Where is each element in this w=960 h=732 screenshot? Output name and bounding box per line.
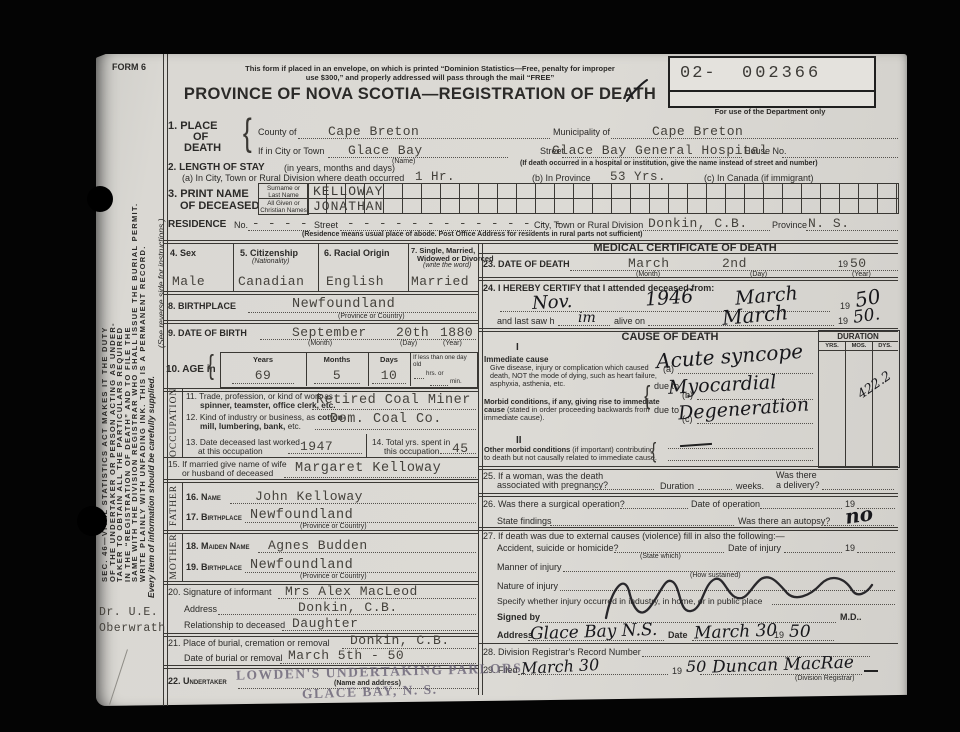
f27-label: 27. If death was due to external causes … <box>483 531 785 541</box>
f2c-label: (c) In Canada (if immigrant) <box>704 173 814 183</box>
birth-day-value: 20th <box>396 325 429 340</box>
residence-label: RESIDENCE <box>168 219 226 230</box>
serial-prefix: 02- <box>680 64 717 83</box>
brace: { <box>207 349 214 381</box>
signed-by-label: Signed by <box>497 612 540 622</box>
years-occupation-value: 45 <box>452 441 469 456</box>
brace: { <box>243 112 252 155</box>
serial-number: 002366 <box>742 64 821 83</box>
sex-value: Male <box>172 274 205 289</box>
f26-label: 26. Was there a surgical operation? <box>483 499 625 509</box>
f18-label: 18. Maiden Name <box>186 541 250 551</box>
surname-value: KELLOWAY <box>313 184 383 199</box>
name-caption: (Name) <box>392 158 415 165</box>
lastsaw-year: 50. <box>852 304 882 328</box>
attended-from-month: Nov. <box>531 291 572 314</box>
burial-place-value: Donkin, C.B. <box>350 633 450 648</box>
f2a-label: (a) In City, Town or Rural Division wher… <box>182 173 404 183</box>
industry-value: Dom. Coal Co. <box>330 412 442 427</box>
age-days-value: 10 <box>368 368 410 383</box>
mother-section-label: MOTHER <box>169 533 182 580</box>
brace: { <box>644 380 650 411</box>
death-day-value: 2nd <box>722 256 747 271</box>
municipality-value: Cape Breton <box>652 124 743 139</box>
residence-street-value: - - - - - - - - - - - - - - <box>347 217 563 231</box>
mail-notice-line2: use $300,” and properly addressed will p… <box>210 73 650 82</box>
residence-city-value: Donkin, C.B. <box>648 216 748 231</box>
death-month-value: March <box>628 256 670 271</box>
f4-label: 4. Sex <box>170 248 196 258</box>
father-section-label: FATHER <box>169 482 182 529</box>
margin-doctor-note-line1: Dr. U.E. <box>99 606 158 619</box>
margin-doctor-note-line2: Oberwrath <box>99 622 166 635</box>
mother-birthplace-value: Newfoundland <box>250 558 353 573</box>
death-year-value: 50 <box>850 256 867 271</box>
f9-label: 9. DATE OF BIRTH <box>168 328 247 338</box>
municipality-label: Municipality of <box>553 127 610 137</box>
residence-note: (Residence means usual place of abode. P… <box>302 231 643 238</box>
f21-label: 21. Place of burial, cremation or remova… <box>168 638 330 648</box>
punch-hole <box>87 186 113 212</box>
margin-sec46-text: SEC. 46—VITAL STATISTICS ACT MAKES IT TH… <box>101 162 147 582</box>
lastsaw-him: im <box>578 310 596 326</box>
division-registrar-caption: (Division Registrar) <box>795 675 855 682</box>
city-value: Glace Bay <box>348 143 423 158</box>
attended-from-year: 1946 <box>644 285 694 310</box>
f3-label: 3. PRINT NAME <box>168 188 249 200</box>
f2b-value: 53 Yrs. <box>610 170 666 184</box>
mail-notice-line1: This form if placed in an envelope, on w… <box>210 64 650 73</box>
punch-hole <box>77 506 107 536</box>
informant-relationship-value: Daughter <box>292 616 358 631</box>
residence-province-value: N. S. <box>808 216 850 231</box>
physician-signature <box>598 566 878 632</box>
f2a-value: 1 Hr. <box>415 170 455 184</box>
f19-label: 19. Birthplace <box>186 562 242 572</box>
county-label: County of <box>258 127 297 137</box>
street-value: Glace Bay General Hospital <box>552 143 768 158</box>
f2b-label: (b) In Province <box>532 173 591 183</box>
trade-value: Retired Coal Miner <box>316 393 471 408</box>
f17-label: 17. Birthplace <box>186 512 242 522</box>
f5-label: 5. Citizenship <box>240 248 298 258</box>
autopsy-value: no <box>843 501 874 529</box>
handwritten-dash <box>864 670 878 672</box>
informant-value: Mrs Alex MacLeod <box>285 584 418 599</box>
birth-year-value: 1880 <box>440 325 473 340</box>
morbid-conditions-note: Morbid conditions, if any, giving rise t… <box>484 398 660 422</box>
age-years-value: 69 <box>220 368 306 383</box>
residence-no-value: - - - - <box>252 217 308 231</box>
marital-status-value: Married <box>411 274 469 289</box>
dept-only-caption: For use of the Department only <box>668 107 872 116</box>
last-worked-value: 1947 <box>300 439 333 454</box>
serial-number-box: 02- 002366 <box>668 56 876 108</box>
burial-date-value: March 5th - 50 <box>288 648 404 663</box>
given-name-value: JONATHAN <box>313 199 383 214</box>
father-name-value: John Kelloway <box>255 489 363 504</box>
f28-label: 28. Division Registrar's Record Number <box>483 647 641 657</box>
father-birthplace-value: Newfoundland <box>250 508 353 523</box>
f23-label: 23. DATE OF DEATH <box>483 259 570 269</box>
f8-label: 8. BIRTHPLACE <box>168 301 236 311</box>
checkmark-icon <box>624 78 650 104</box>
f6-label: 6. Racial Origin <box>324 248 390 258</box>
age-months-value: 5 <box>306 368 368 383</box>
surname-comb-row <box>307 183 899 199</box>
scanned-death-certificate: SEC. 46—VITAL STATISTICS ACT MAKES IT TH… <box>0 0 960 732</box>
hospital-note: (If death occurred in a hospital or inst… <box>520 160 818 167</box>
citizenship-value: Canadian <box>238 274 304 289</box>
f2-label: 2. LENGTH OF STAY <box>168 162 265 173</box>
given-name-comb-row <box>307 198 899 214</box>
document-title: PROVINCE OF NOVA SCOTIA—REGISTRATION OF … <box>180 85 660 104</box>
birth-month-value: September <box>292 325 367 340</box>
racial-origin-value: English <box>326 274 384 289</box>
roman-one: I <box>516 342 519 353</box>
form-number: FORM 6 <box>112 62 146 72</box>
immediate-cause-note: Give disease, injury or complication whi… <box>490 364 662 387</box>
f20-label: 20. Signature of informant <box>168 587 272 597</box>
mother-name-value: Agnes Budden <box>268 538 368 553</box>
occupation-section-label: OCCUPATION <box>169 391 182 457</box>
brace: { <box>651 438 656 464</box>
f16-label: 16. Name <box>186 492 221 502</box>
birthplace-value: Newfoundland <box>292 297 395 312</box>
informant-address-value: Donkin, C.B. <box>298 600 398 615</box>
county-value: Cape Breton <box>328 124 419 139</box>
city-label: If in City or Town <box>258 146 324 156</box>
f22-label: 22. Undertaker <box>168 676 227 686</box>
spouse-value: Margaret Kelloway <box>295 461 441 476</box>
rule <box>163 54 168 706</box>
other-morbid-note: Other morbid conditions (if important) c… <box>484 446 660 462</box>
name-label-cell: Surname or Last Name All Given or Christ… <box>258 183 309 215</box>
